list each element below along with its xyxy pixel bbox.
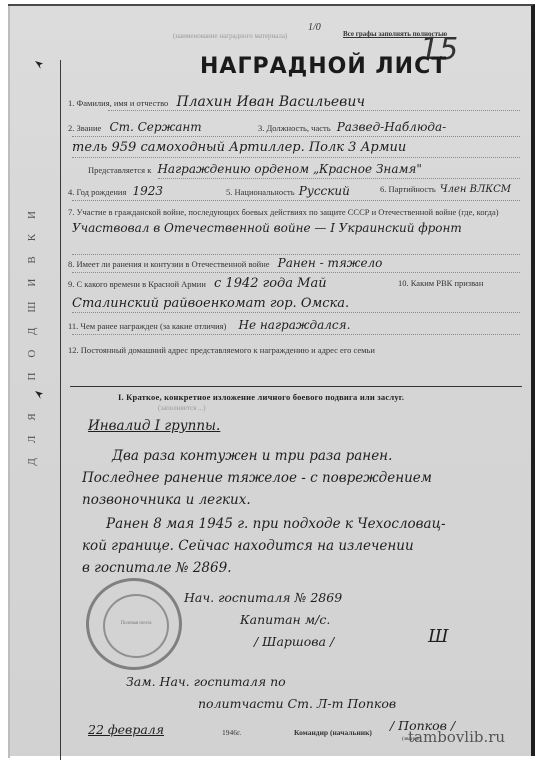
- field-position-cont: тель 959 самоходный Артиллер. Полк 3 Арм…: [72, 140, 406, 155]
- field-label: 7. Участие в гражданской войне, последую…: [68, 207, 499, 217]
- field-label: 12. Постоянный домашний адрес представля…: [68, 345, 375, 355]
- binding-margin-line: [60, 60, 61, 760]
- section-heading: I. Краткое, конкретное изложение личного…: [118, 392, 404, 402]
- field-rule: [72, 312, 520, 313]
- field-value: Не награждался.: [239, 318, 351, 332]
- field-value: Ранен - тяжело: [278, 256, 383, 270]
- field-label: 8. Имеет ли ранения и контузии в Отечест…: [68, 259, 270, 269]
- narrative-line: Ранен 8 мая 1945 г. при подходе к Чехосл…: [106, 516, 446, 532]
- field-label: 3. Должность, часть: [258, 123, 331, 133]
- field-rank: 2. Звание Ст. Сержант: [68, 120, 202, 134]
- field-name: 1. Фамилия, имя и отчество Плахин Иван В…: [68, 94, 365, 110]
- signature-name: / Шаршова /: [254, 634, 334, 649]
- year-suffix: г.: [237, 728, 241, 737]
- field-rvk-value: Сталинский райвоенкомат гор. Омска.: [72, 296, 349, 311]
- field-label: 4. Год рождения: [68, 187, 126, 197]
- field-nationality: 5. Национальность Русский: [226, 184, 350, 198]
- official-stamp: Полевая почта: [86, 578, 182, 670]
- field-label: 9. С какого времени в Красной Армии: [68, 279, 206, 289]
- field-value: Участвовал в Отечественной войне — I Укр…: [72, 221, 462, 235]
- field-position: 3. Должность, часть Развед-Наблюда-: [258, 120, 446, 134]
- field-rule: [72, 136, 520, 137]
- field-wounds: 8. Имеет ли ранения и контузии в Отечест…: [68, 256, 382, 270]
- binder-label: ДЛЯ ПОДШИВКИ: [26, 196, 38, 466]
- signature-deputy: Зам. Нач. госпиталя по: [126, 674, 286, 689]
- field-label: 11. Чем ранее награжден (за какие отличи…: [68, 321, 226, 331]
- narrative-line: Последнее ранение тяжелое - с повреждени…: [82, 470, 432, 486]
- field-value: Член ВЛКСМ: [440, 184, 511, 195]
- field-rule: [108, 110, 520, 111]
- punch-hole-icon: [35, 61, 43, 69]
- stamp-text: Полевая почта: [99, 621, 173, 626]
- commander-label: Командир (начальник): [294, 728, 372, 737]
- field-value: с 1942 года Май: [214, 276, 327, 291]
- field-rule: [158, 178, 520, 179]
- field-birth-year: 4. Год рождения 1923: [68, 184, 163, 198]
- field-war-participation: 7. Участие в гражданской войне, последую…: [68, 204, 516, 237]
- field-address: 12. Постоянный домашний адрес представля…: [68, 342, 375, 356]
- signature-hospital-chief: Нач. госпиталя № 2869: [184, 590, 342, 605]
- sheet-left-edge: [8, 6, 10, 758]
- field-value: Русский: [299, 184, 350, 198]
- field-label: 1. Фамилия, имя и отчество: [68, 98, 168, 108]
- handwritten-signature: Ш: [428, 626, 449, 647]
- field-label: 6. Партийность: [380, 184, 436, 194]
- field-label: 5. Национальность: [226, 187, 295, 197]
- field-rule: [72, 254, 520, 255]
- field-value: Развед-Наблюда-: [337, 120, 446, 134]
- field-rule: [72, 200, 520, 201]
- field-rule: [72, 334, 520, 335]
- field-value: Сталинский райвоенкомат гор. Омска.: [72, 296, 349, 311]
- watermark: tambovlib.ru: [408, 728, 505, 746]
- faint-subheading: (заполняется ...): [158, 404, 206, 412]
- date-day-month: 22 февраля: [88, 722, 164, 737]
- field-value: тель 959 самоходный Артиллер. Полк 3 Арм…: [72, 140, 406, 155]
- narrative-line: в госпитале № 2869.: [82, 560, 232, 576]
- narrative-line: позвоночника и легких.: [82, 492, 251, 508]
- narrative-line: Два раза контужен и три раза ранен.: [112, 448, 392, 464]
- field-label: Представляется к: [88, 165, 151, 175]
- field-army-since: 9. С какого времени в Красной Армии с 19…: [68, 276, 327, 291]
- archive-number: 1/0: [308, 22, 321, 33]
- field-value: Награждению орденом „Красное Знамя": [157, 162, 421, 176]
- page-title: НАГРАДНОЙ ЛИСТ: [200, 54, 447, 79]
- field-previous-awards: 11. Чем ранее награжден (за какие отличи…: [68, 318, 350, 332]
- field-rule: [72, 157, 520, 158]
- field-rule: [72, 272, 520, 273]
- field-value: Ст. Сержант: [109, 120, 201, 134]
- field-label: 10. Каким РВК призван: [398, 278, 483, 288]
- narrative-line: кой границе. Сейчас находится на излечен…: [82, 538, 414, 554]
- signature-rank: Капитан м/с.: [240, 612, 330, 627]
- faint-header: (наименование наградного материала): [173, 32, 287, 40]
- field-value: Плахин Иван Васильевич: [176, 94, 365, 110]
- field-represented: Представляется к Награждению орденом „Кр…: [88, 162, 422, 176]
- field-label: 2. Звание: [68, 123, 101, 133]
- section-divider: [70, 386, 522, 387]
- field-rvk: 10. Каким РВК призван: [398, 278, 483, 288]
- narrative-line: Инвалид I группы.: [88, 418, 220, 434]
- year-value: 1946: [222, 728, 237, 737]
- award-sheet: ДЛЯ ПОДШИВКИ 1/0 (наименование наградног…: [8, 4, 535, 756]
- field-party: 6. Партийность Член ВЛКСМ: [380, 184, 511, 195]
- field-value: 1923: [133, 184, 164, 198]
- date-year: 1946г.: [222, 728, 241, 737]
- signature-deputy-name: политчасти Ст. Л-т Попков: [198, 696, 396, 711]
